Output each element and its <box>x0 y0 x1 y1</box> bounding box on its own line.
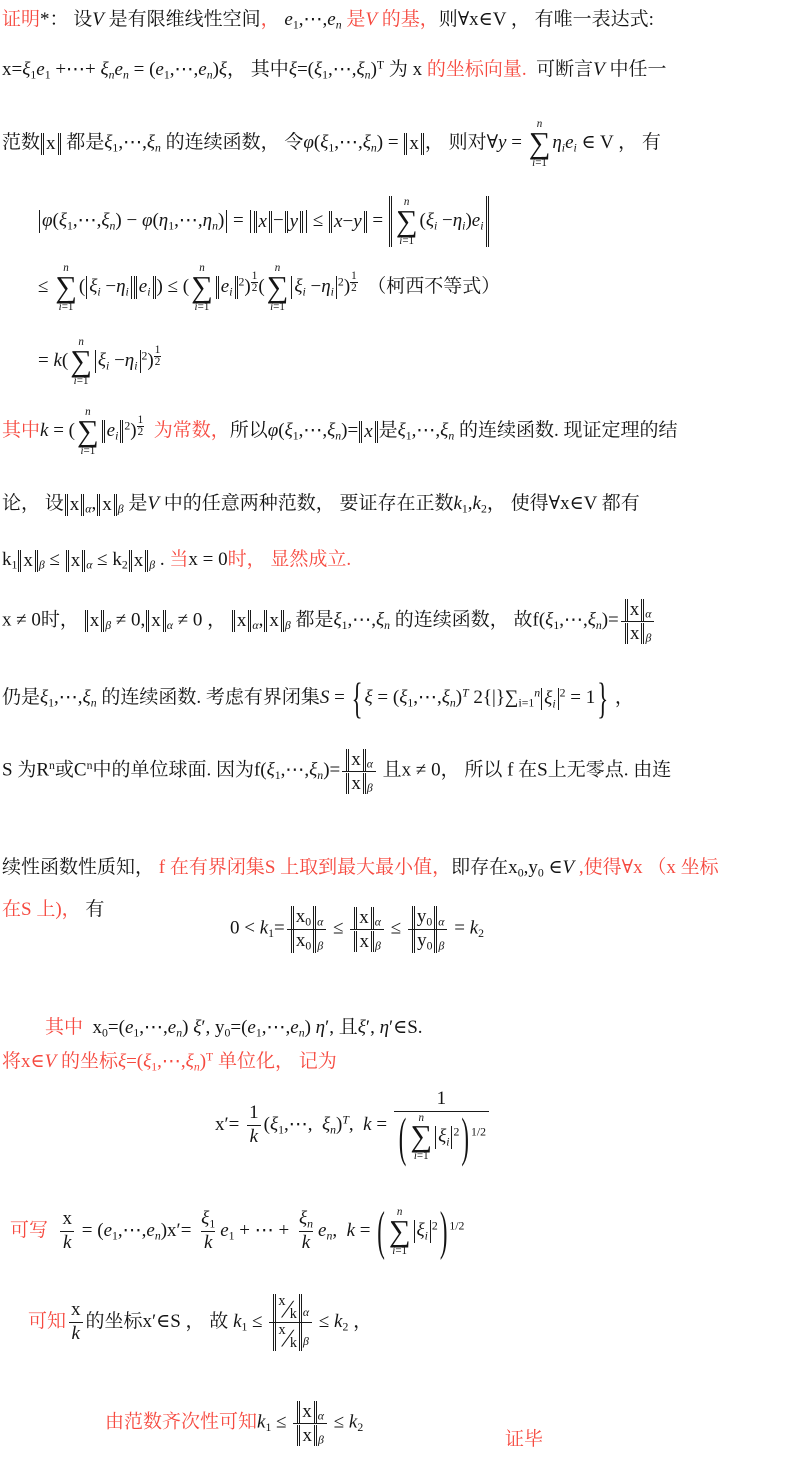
norm-double-bars: ei <box>102 420 124 442</box>
numerator: x <box>68 1299 84 1322</box>
math-italic: e <box>198 59 206 80</box>
math-italic: T <box>462 687 469 700</box>
sigma-icon: ∑ <box>191 275 213 301</box>
math-italic: ξ <box>417 1220 425 1241</box>
big-left-paren: ( <box>399 1105 407 1169</box>
subscript: β <box>317 939 323 952</box>
big-right-paren: ) <box>461 1105 469 1169</box>
math-italic: α <box>318 1410 324 1423</box>
math-italic: k <box>53 350 61 371</box>
superscript: T <box>342 1113 349 1126</box>
superscript: 2 <box>453 1125 459 1138</box>
numerator: 1 <box>434 1088 450 1111</box>
math-italic: k <box>72 1323 80 1344</box>
numerator: 1 <box>252 271 258 283</box>
sum-lower-limit: i=1 <box>414 1150 429 1163</box>
fraction: xαxβ <box>293 1400 327 1447</box>
subscript: 0 <box>305 916 311 929</box>
subscript: 0 <box>427 940 433 953</box>
denominator: k <box>60 1231 74 1255</box>
subscript: 1 <box>168 220 174 233</box>
summation: n∑i=1 <box>70 336 92 387</box>
subscript: β <box>105 619 111 632</box>
subscript: n <box>330 1123 336 1136</box>
summation: n∑i=1 <box>191 262 213 313</box>
absolute-value-bars: ξi <box>435 1126 452 1148</box>
denominator: k <box>69 1322 83 1346</box>
red-text: 由范数齐次性可知 <box>105 1412 257 1433</box>
numerator: 1 <box>351 271 357 283</box>
math-italic: ξ <box>363 132 371 153</box>
math-italic: ξ <box>147 132 155 153</box>
subscript: 2 <box>357 1421 363 1434</box>
summation: n∑i=1 <box>267 262 289 313</box>
subscript: β <box>645 631 651 644</box>
absolute-value-bars: x−y <box>250 210 308 233</box>
math-italic: i <box>74 375 77 387</box>
subscript: 0 <box>102 1027 108 1040</box>
math-italic: β <box>317 939 323 952</box>
subscript: 0 <box>305 940 311 953</box>
norm-double-bars: n∑i=1(ξi −ηi)ei <box>389 196 489 247</box>
math-italic: i <box>414 1150 417 1162</box>
subscript: α <box>86 559 92 572</box>
norm-double-bars: x−y <box>329 211 367 233</box>
math-italic: ξ <box>40 687 48 708</box>
superscript: T <box>462 687 469 700</box>
denominator: 2 <box>154 356 162 369</box>
sum-lower-limit: i=1 <box>80 445 95 458</box>
math-italic: e <box>284 9 292 30</box>
math-italic: y <box>498 132 506 153</box>
red-text: 将x∈V 的坐标ξ=(ξ1,⋯,ξn)T 单位化， 记为 <box>2 1051 337 1072</box>
math-italic: i <box>331 286 334 299</box>
subscript: 0 <box>538 867 544 880</box>
math-italic: ξ <box>299 1208 307 1229</box>
math-italic: ξ <box>289 59 297 80</box>
summation: n∑i=1 <box>410 1112 432 1163</box>
subscript: n <box>123 69 129 82</box>
norm-double-bars: x <box>254 211 272 233</box>
denominator: y0β <box>408 929 447 953</box>
absolute-value-bars: ξi −ηi <box>86 276 132 298</box>
subscript: 1 <box>328 141 334 154</box>
subscript: α <box>167 619 173 632</box>
math-italic: ξ <box>314 59 322 80</box>
math-italic: n <box>534 687 540 700</box>
subscript: n <box>317 769 323 782</box>
norm-double-bars: x <box>129 550 149 572</box>
superscript: n <box>534 687 540 700</box>
math-italic: ξ <box>285 420 293 441</box>
fraction: 12 <box>350 271 358 295</box>
red-text: 在S 上)， <box>2 899 81 920</box>
subscript: 2 <box>481 503 487 516</box>
math-italic: i <box>134 360 137 373</box>
math-italic: e <box>104 1220 112 1241</box>
math-italic: n <box>450 697 456 710</box>
proof-line-8: 论， 设xα,xβ 是V 中的任意两种范数， 要证存在正数k1,k2， 使得∀x… <box>2 492 640 517</box>
subscript: α <box>318 1410 324 1423</box>
math-italic: i <box>59 301 62 313</box>
proof-display-6: 可写 xk = (e1,⋯,en)x′= ξ1ke1 + ⋯ + ξnken, … <box>10 1206 464 1257</box>
math-italic: ξ <box>59 210 67 231</box>
subscript: 1 <box>256 1027 262 1040</box>
red-text: 可知 <box>28 1311 66 1332</box>
norm-double-bars: x <box>232 610 252 632</box>
sigma-icon: ∑ <box>77 419 99 445</box>
proof-line-16: 其中 x0=(e1,⋯,en) ξ′, y0=(e1,⋯,en) η′, 且ξ′… <box>45 1016 423 1041</box>
superscript: n <box>49 759 55 772</box>
math-italic: i <box>195 301 198 313</box>
math-italic: ξ <box>358 1017 366 1038</box>
red-text: 可写 <box>10 1220 48 1241</box>
math-italic: ξ <box>398 420 406 441</box>
math-italic: k <box>302 1232 310 1253</box>
math-italic: k <box>473 493 481 514</box>
math-italic: V <box>563 857 575 878</box>
sum-lower-limit: i=1 <box>195 301 210 314</box>
big-left-paren: ( <box>377 1197 385 1267</box>
subscript: n <box>335 429 341 442</box>
proof-display-1: φ(ξ1,⋯,ξn) − φ(η1,⋯,ηn) = x−y ≤ x−y = n∑… <box>38 196 490 247</box>
proof-line-9: k1xβ ≤ xα ≤ k2xβ . 当x = 0时， 显然成立. <box>2 548 351 573</box>
summation: n∑i=1 <box>77 406 99 457</box>
subscript: 1 <box>406 429 412 442</box>
math-italic: i <box>552 697 555 710</box>
superscript: 2 <box>124 419 130 432</box>
summation: n∑i=1 <box>529 118 551 169</box>
subscript: i <box>480 219 483 232</box>
subscript: i <box>147 286 150 299</box>
math-italic: i <box>425 1230 428 1243</box>
math-italic: φ <box>142 210 153 231</box>
subscript: 1 <box>462 503 468 516</box>
norm-double-bars: x <box>66 550 86 572</box>
subscript: 1 <box>322 69 328 82</box>
math-italic: ξ <box>438 1126 446 1147</box>
subscript: n <box>326 1229 332 1242</box>
subscript: i <box>331 286 334 299</box>
math-italic: k <box>63 1232 71 1253</box>
math-italic: i <box>97 286 100 299</box>
sigma-icon: ∑ <box>55 275 77 301</box>
norm-double-bars: ei <box>216 276 238 298</box>
math-italic: T <box>342 1113 349 1126</box>
proof-qed: 证毕 <box>505 1428 543 1453</box>
math-italic: i <box>106 360 109 373</box>
numerator: 1 <box>155 345 161 357</box>
math-italic: β <box>39 559 45 572</box>
superscript: 12 <box>154 349 162 362</box>
math-italic: n <box>448 429 454 442</box>
subscript: 1 <box>151 1061 157 1074</box>
math-italic: η <box>453 210 462 231</box>
math-italic: i <box>270 301 273 313</box>
subscript: β <box>285 619 291 632</box>
math-italic: y <box>353 211 361 232</box>
math-italic: i <box>302 286 305 299</box>
math-italic: e <box>220 1220 228 1241</box>
math-italic: i <box>480 219 483 232</box>
math-italic: x <box>334 211 342 232</box>
math-italic: α <box>303 1306 309 1319</box>
fraction: 12 <box>154 345 162 369</box>
sigma-icon: ∑ <box>389 1219 411 1245</box>
math-italic: β <box>285 619 291 632</box>
math-italic: V <box>45 1051 57 1072</box>
superscript: 12 <box>251 275 259 288</box>
denominator: k <box>290 1306 297 1322</box>
math-italic: ξ <box>426 210 434 231</box>
norm-double-bars: x <box>65 494 85 516</box>
math-italic: n <box>176 1027 182 1040</box>
math-italic: i <box>434 219 437 232</box>
norm-double-bars: x <box>359 421 377 443</box>
subscript: i <box>462 219 465 232</box>
math-italic: k <box>453 493 461 514</box>
big-left-brace: { <box>352 671 363 727</box>
denominator: x∕kβ <box>269 1322 311 1351</box>
fraction: xk <box>60 1208 76 1255</box>
fraction: ξ1k <box>198 1208 218 1255</box>
math-italic: ξ <box>101 210 109 231</box>
absolute-value-bars: ξi −ηi <box>291 276 337 298</box>
red-text: 其中 <box>45 1017 83 1038</box>
superscript: 2 <box>239 275 245 288</box>
summation: n∑i=1 <box>55 262 77 313</box>
norm-double-bars: x <box>18 550 38 572</box>
red-text: 证明 <box>2 9 40 30</box>
math-italic: α <box>86 559 92 572</box>
math-italic: α <box>645 608 651 621</box>
numerator: xα <box>621 598 655 621</box>
subscript: n <box>176 1027 182 1040</box>
math-italic: e <box>36 59 44 80</box>
red-text: f 在有界闭集S 上取到最大最小值， <box>159 857 451 878</box>
norm-double-bars: ei <box>134 276 156 298</box>
proof-line-21: 由范数齐次性可知k1 ≤ xαxβ ≤ k2 <box>105 1400 363 1447</box>
sigma-icon: ∑ <box>70 349 92 375</box>
proof-line-1: 证明*： 设V 是有限维线性空间， e1,⋯,en 是V 的基，则∀x∈V ， … <box>2 8 654 33</box>
math-italic: β <box>118 503 124 516</box>
subscript: α <box>375 916 381 929</box>
numerator: ξn <box>296 1208 316 1231</box>
math-italic: ξ <box>270 1114 278 1135</box>
subscript: β <box>367 781 373 794</box>
document-page: 证明*： 设V 是有限维线性空间， e1,⋯,en 是V 的基，则∀x∈V ， … <box>0 0 797 1481</box>
fraction: xαxβ <box>350 906 384 953</box>
subscript: β <box>39 559 45 572</box>
norm-double-bars: x <box>297 1401 317 1423</box>
math-italic: ξ <box>83 687 91 708</box>
sum-lower-limit: i=1 <box>399 235 414 248</box>
math-italic: n <box>384 619 390 632</box>
superscript: 2 <box>142 349 148 362</box>
superscript: 2 <box>560 687 566 700</box>
subscript: i=1 <box>518 697 534 710</box>
sigma-icon: ∑ <box>410 1124 432 1150</box>
subscript: n <box>155 1229 161 1242</box>
numerator: x∕kα <box>269 1294 312 1322</box>
math-italic: α <box>167 619 173 632</box>
subscript: i <box>229 286 232 299</box>
math-italic: i <box>80 445 83 457</box>
subscript: α <box>303 1306 309 1319</box>
math-italic: n <box>365 69 371 82</box>
math-italic: β <box>149 559 155 572</box>
math-italic: k <box>204 1232 212 1253</box>
math-italic: ξ <box>333 610 341 631</box>
sigma-icon: ∑ <box>267 275 289 301</box>
subscript: 2 <box>342 1320 348 1333</box>
math-italic: ξ <box>322 1114 330 1135</box>
math-italic: ξ <box>101 59 109 80</box>
fraction: xαxβ <box>342 748 376 795</box>
subscript: 1 <box>45 69 51 82</box>
absolute-value-bars: ξi <box>414 1220 431 1242</box>
math-italic: n <box>207 69 213 82</box>
superscript: T <box>206 1051 213 1064</box>
math-italic: n <box>330 1123 336 1136</box>
subscript: i <box>302 286 305 299</box>
math-italic: n <box>336 19 342 32</box>
subscript: 1 <box>112 141 118 154</box>
denominator: 2 <box>251 282 259 295</box>
norm-double-bars: x <box>625 623 645 645</box>
denominator: xβ <box>350 929 383 953</box>
math-italic: n <box>299 1027 305 1040</box>
math-italic: φ <box>303 132 314 153</box>
math-italic: α <box>252 619 258 632</box>
subscript: 1 <box>553 619 559 632</box>
math-italic: e <box>146 1220 154 1241</box>
fraction: 1(n∑i=1ξi2)1/2 <box>394 1088 489 1163</box>
math-italic: k <box>347 1220 355 1241</box>
subscript: n <box>336 19 342 32</box>
proof-display-2: ≤ n∑i=1(ξi −ηiei) ≤ (n∑i=1ei2)12(n∑i=1ξi… <box>38 262 500 313</box>
superscript: n <box>87 759 93 772</box>
fraction: 12 <box>137 415 145 439</box>
sigma-icon: ∑ <box>529 131 551 157</box>
numerator: ξ1 <box>198 1208 218 1231</box>
subscript: β <box>438 939 444 952</box>
math-italic: ξ <box>376 610 384 631</box>
proof-line-3: 范数x 都是ξ1,⋯,ξn 的连续函数， 令φ(ξ1,⋯,ξn) = x， 则对… <box>2 118 661 169</box>
subscript: 1 <box>229 1229 235 1242</box>
fraction: xk <box>68 1299 84 1346</box>
fraction: y0αy0β <box>408 906 448 953</box>
subscript: α <box>367 758 373 771</box>
slanted-fraction: x∕k <box>278 1323 297 1351</box>
math-italic: e <box>472 210 480 231</box>
denominator: k <box>201 1231 215 1255</box>
subscript: i <box>552 697 555 710</box>
norm-double-bars: x <box>264 610 284 632</box>
subscript: 1 <box>278 1123 284 1136</box>
superscript: 1/2 <box>449 1219 464 1232</box>
subscript: n <box>384 619 390 632</box>
subscript: 1 <box>12 559 18 572</box>
subscript: n <box>155 141 161 154</box>
norm-double-bars: x <box>354 907 374 929</box>
sum-lower-limit: i=1 <box>270 301 285 314</box>
math-italic: x <box>259 211 267 232</box>
proof-line-20: 可知xk的坐标x′∈S ， 故 k1 ≤ x∕kαx∕kβ ≤ k2 ， <box>28 1294 372 1351</box>
math-italic: α <box>438 916 444 929</box>
math-italic: β <box>645 631 651 644</box>
absolute-value-bars: φ(ξ1,⋯,ξn) − φ(η1,⋯,ηn) <box>39 210 227 232</box>
math-italic: S <box>320 687 330 708</box>
proof-line-10: x ≠ 0时， xβ ≠ 0,xα ≠ 0 ， xα,xβ 都是ξ1,⋯,ξn … <box>2 598 656 645</box>
norm-double-bars: x <box>625 599 645 621</box>
math-italic: i <box>392 1245 395 1257</box>
subscript: 1 <box>164 69 170 82</box>
math-italic: e <box>221 276 229 297</box>
subscript: i <box>134 360 137 373</box>
math-italic: η <box>125 350 134 371</box>
math-italic: e <box>327 9 335 30</box>
subscript: n <box>365 69 371 82</box>
red-text: ,使得∀x （x 坐标 <box>579 857 719 878</box>
math-italic: e <box>139 276 147 297</box>
math-italic: η <box>552 132 561 153</box>
math-italic: n <box>596 619 602 632</box>
math-italic: i <box>574 141 577 154</box>
math-italic: ξ <box>186 1051 194 1072</box>
math-italic: n <box>91 697 97 710</box>
norm-double-bars: x∕k <box>273 1323 302 1351</box>
math-italic: i <box>229 286 232 299</box>
absolute-value-bars: ξi <box>541 688 558 710</box>
math-italic: α <box>317 916 323 929</box>
math-italic: k <box>40 420 48 441</box>
math-italic: n <box>371 141 377 154</box>
math-italic: η <box>380 1017 389 1038</box>
math-italic: η <box>159 210 168 231</box>
subscript: n <box>194 1061 200 1074</box>
slanted-fraction: x∕k <box>278 1294 297 1322</box>
subscript: 1 <box>268 927 274 940</box>
big-right-brace: } <box>597 671 608 727</box>
red-text: 为常数， <box>154 420 230 441</box>
math-italic: k <box>363 1114 371 1135</box>
subscript: α <box>252 619 258 632</box>
math-italic: V <box>593 59 605 80</box>
math-italic: k <box>250 1126 258 1147</box>
red-text: 时， 显然成立. <box>228 549 352 570</box>
denominator: k <box>290 1335 297 1351</box>
math-italic: e <box>290 1017 298 1038</box>
norm-double-bars: x <box>85 610 105 632</box>
subscript: 2 <box>478 927 484 940</box>
subscript: n <box>448 429 454 442</box>
math-italic: k <box>470 918 478 939</box>
proof-line-7: 其中k = (n∑i=1ei2)12 为常数，所以φ(ξ1,⋯,ξn)=x是ξ1… <box>2 406 677 457</box>
absolute-value-bars: ξi −ηi <box>95 350 141 372</box>
math-italic: n <box>307 1218 313 1231</box>
subscript: 0 <box>426 916 432 929</box>
big-right-paren: ) <box>440 1197 448 1267</box>
subscript: 2 <box>122 559 128 572</box>
math-italic: k <box>260 918 268 939</box>
norm-double-bars: x0 <box>291 906 316 928</box>
subscript: i <box>126 286 129 299</box>
numerator: x <box>278 1322 285 1338</box>
denominator: k <box>247 1125 261 1149</box>
subscript: i <box>446 1136 449 1149</box>
subscript: n <box>450 697 456 710</box>
